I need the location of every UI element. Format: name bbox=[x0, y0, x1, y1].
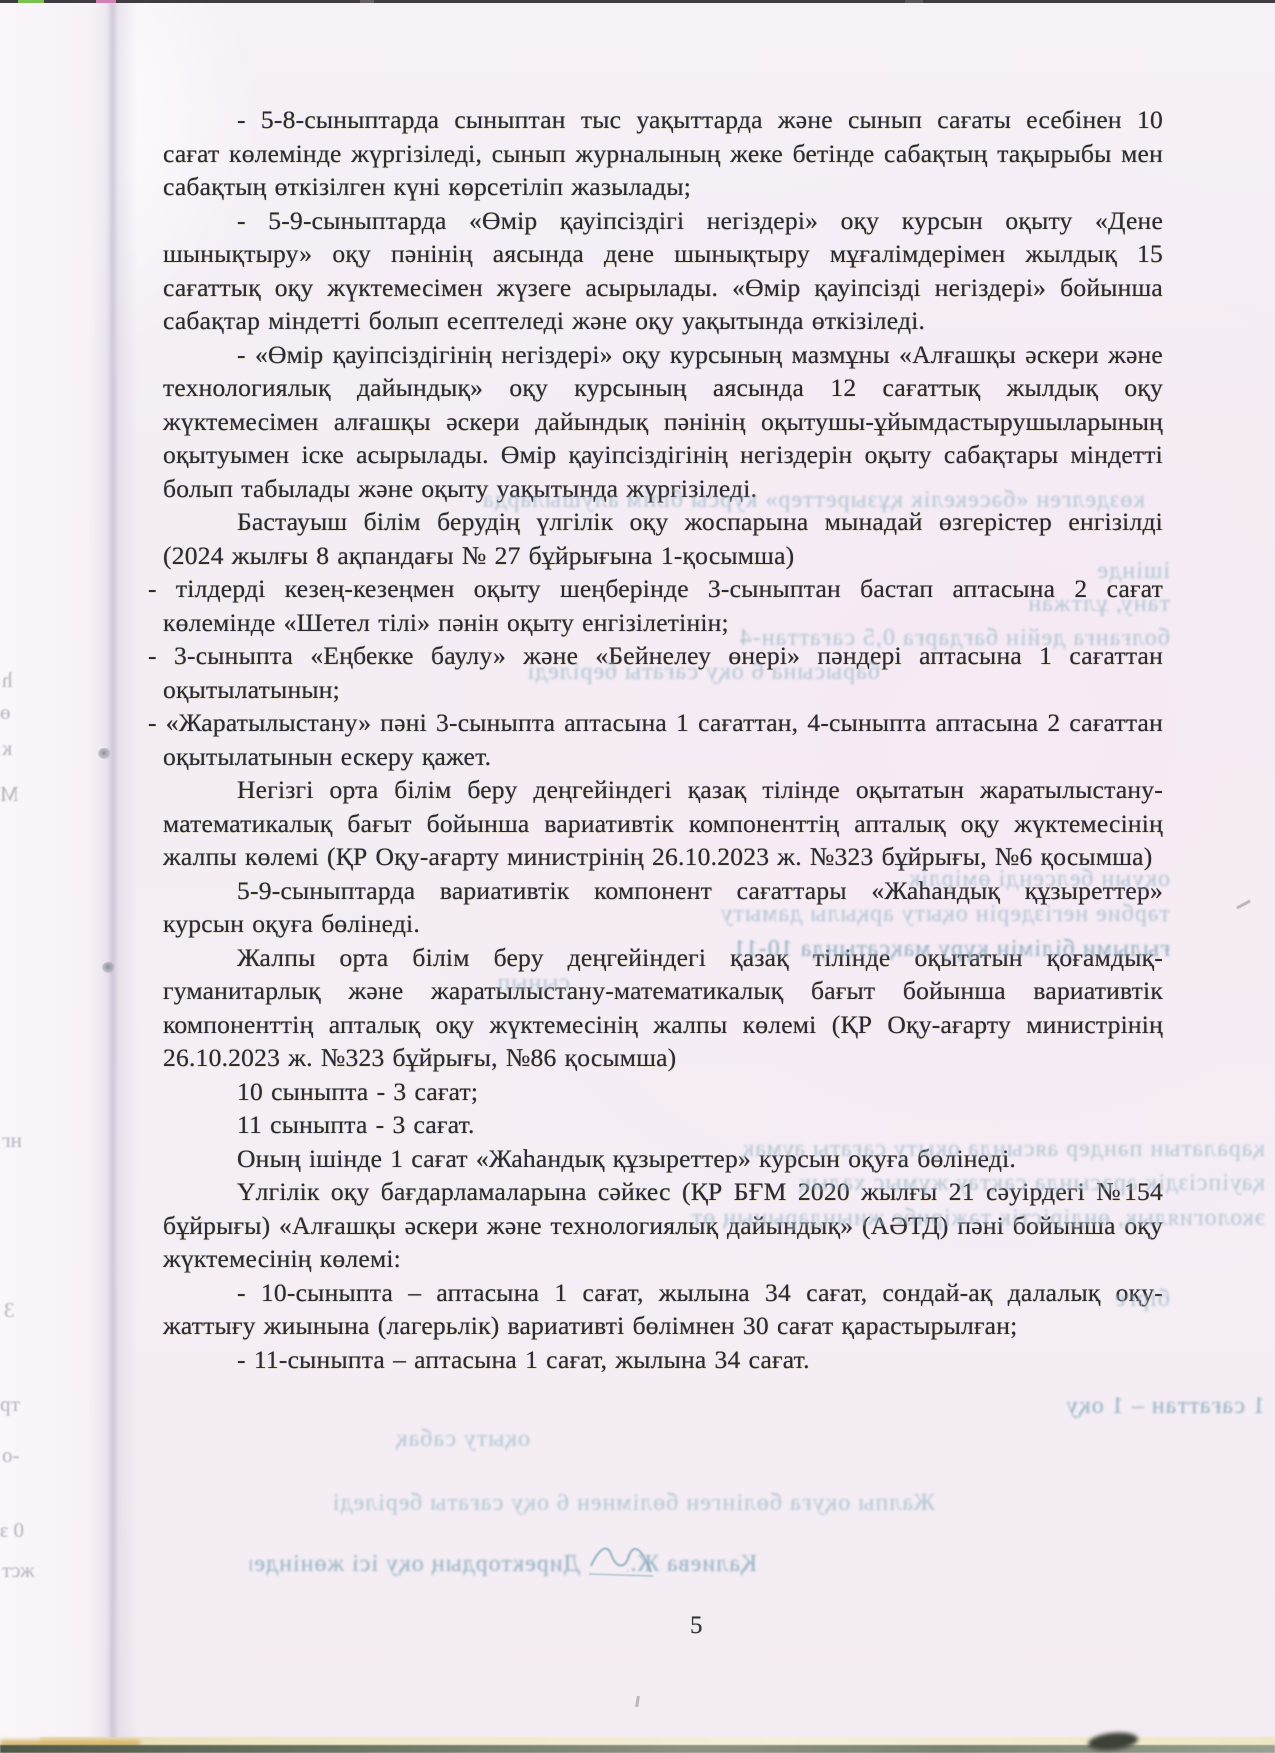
left-edge-fragment: һ bbox=[2, 668, 13, 693]
speck-mark bbox=[635, 1696, 640, 1707]
left-edge-fragment: ө bbox=[0, 700, 11, 725]
scanner-edge-speck bbox=[18, 0, 44, 3]
staple-hole-mark bbox=[102, 962, 115, 973]
page-number: 5 bbox=[690, 1612, 703, 1640]
paragraph: - 5-8-сыныптарда сыныптан тыс уақыттарда… bbox=[163, 103, 1163, 204]
bleedthrough-line: қауіпсіздік арасында сақтау жұмыс халық bbox=[330, 1170, 1265, 1197]
left-edge-fragment: 3 bbox=[4, 1298, 15, 1323]
paragraph: - 5-9-сыныптарда «Өмір қауіпсіздігі негі… bbox=[163, 204, 1163, 338]
paragraph: - «Жаратылыстану» пәні 3-сыныпта аптасын… bbox=[163, 706, 1163, 773]
left-crease-line bbox=[110, 0, 115, 1753]
bleedthrough-line: көзделген «бәсекелік құзыреттер» курсы б… bbox=[295, 487, 1145, 514]
bleedthrough-line: оқыту сабақ bbox=[330, 1426, 530, 1453]
scanner-bottom-band bbox=[0, 1745, 1275, 1753]
bleedthrough-line: 1 сағаттан – 1 оқу bbox=[930, 1393, 1265, 1420]
left-edge-fragment: жст bbox=[2, 1558, 35, 1583]
bleedthrough-line: Жалпы оқуға бөлінген бөлімнен 6 оқу саға… bbox=[235, 1490, 935, 1517]
left-edge-fragment: нг bbox=[2, 1128, 22, 1153]
paragraph: - 11-сыныпта – аптасына 1 сағат, жылына … bbox=[163, 1343, 1163, 1377]
bleedthrough-line: Директордың оқу ісі жөніндегі bbox=[250, 1551, 580, 1578]
bleedthrough-line: тәрбие негіздерін оқыту арқылы дамыту bbox=[350, 901, 1170, 928]
paragraph: 10 сыныпта - 3 сағат; bbox=[163, 1075, 1163, 1109]
scanner-edge-speck bbox=[905, 0, 923, 3]
bleedthrough-signature-squiggle bbox=[585, 1536, 655, 1582]
left-edge-fragment: тр bbox=[0, 1392, 20, 1417]
staple-hole-mark bbox=[98, 748, 111, 759]
bleedthrough-line: барысына 6 оқу сағаты беріледі bbox=[300, 659, 880, 686]
bleedthrough-line: болғанға дейін бағдарға 0,5 сағаттан-4 bbox=[420, 625, 1170, 652]
bleedthrough-line: тану, ұлтжан bbox=[940, 591, 1170, 618]
scanned-document-page: - 5-8-сыныптарда сыныптан тыс уақыттарда… bbox=[0, 0, 1275, 1753]
left-edge-fragment: М bbox=[0, 782, 19, 807]
left-edge-fragment: -о bbox=[2, 1443, 20, 1468]
left-edge-fragment: к bbox=[2, 736, 12, 761]
left-edge-fragment: 0 з bbox=[0, 1518, 24, 1543]
bleedthrough-line: ішінде bbox=[1020, 558, 1170, 585]
scanner-edge-speck bbox=[360, 0, 374, 3]
bleedthrough-line: сынып bbox=[330, 970, 570, 997]
left-fold-shading bbox=[0, 0, 160, 1753]
bleedthrough-line: оқуын белсенді өмірлік bbox=[430, 866, 1170, 893]
bleedthrough-line: бірге bbox=[940, 1286, 1170, 1313]
bleedthrough-line: экологиялық, өндірістік тәжірибе жиындар… bbox=[330, 1205, 1265, 1232]
bleedthrough-line: қаралатын пәндер аясында оқыту сағаты ау… bbox=[330, 1136, 1265, 1163]
bleedthrough-line: ғылыми білімін құру мақсатында 10-11 bbox=[420, 936, 1170, 963]
paragraph: Бастауыш білім берудің үлгілік оқу жоспа… bbox=[163, 505, 1163, 572]
paragraph: - «Өмір қауіпсіздігінің негіздері» оқу к… bbox=[163, 338, 1163, 506]
paragraph: Негізгі орта білім беру деңгейіндегі қаз… bbox=[163, 773, 1163, 874]
pencil-mark bbox=[1236, 900, 1251, 910]
scanner-top-edge bbox=[0, 0, 1275, 3]
scanner-edge-speck bbox=[96, 0, 116, 3]
